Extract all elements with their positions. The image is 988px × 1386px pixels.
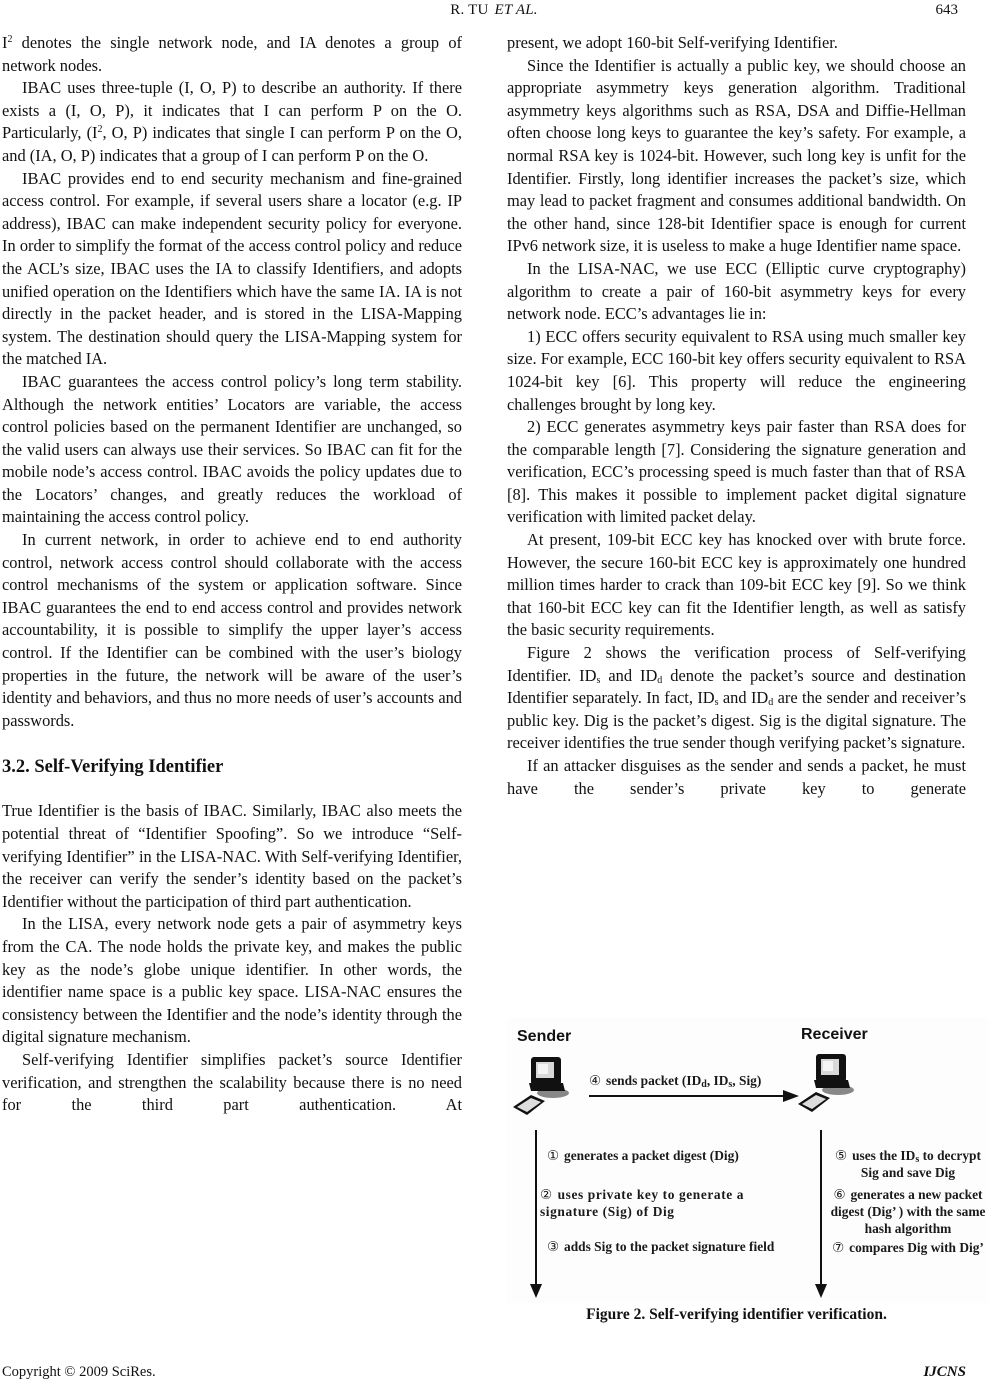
paragraph: In current network, in order to achieve … <box>2 529 462 732</box>
paragraph: In the LISA-NAC, we use ECC (Elliptic cu… <box>507 258 966 326</box>
receiver-timeline <box>820 1130 822 1285</box>
receiver-label: Receiver <box>801 1026 868 1044</box>
paragraph: IBAC guarantees the access control polic… <box>2 371 462 529</box>
figure-2-diagram: Sender Receiver ④sends packet (IDd, IDs,… <box>507 1018 988 1303</box>
receiver-step-7: ⑦compares Dig with Dig’ <box>827 1239 988 1256</box>
paragraph: At present, 109-bit ECC key has knocked … <box>507 529 966 642</box>
receiver-step-6: ⑥generates a new packet digest (Dig’ ) w… <box>825 1186 988 1237</box>
sender-step-1: ①generates a packet digest (Dig) <box>547 1147 797 1164</box>
paragraph: Figure 2 shows the verification process … <box>507 642 966 755</box>
arrow-down-icon <box>815 1284 827 1298</box>
sender-step-3: ③adds Sig to the packet signature field <box>547 1238 807 1255</box>
right-column: present, we adopt 160-bit Self-verifying… <box>507 32 966 800</box>
section-heading: 3.2. Self-Verifying Identifier <box>2 756 462 778</box>
copyright-notice: Copyright © 2009 SciRes. <box>2 1364 156 1381</box>
et-al: ET AL. <box>495 2 538 18</box>
paragraph: IBAC provides end to end security mechan… <box>2 168 462 371</box>
paragraph: 1) ECC offers security equivalent to RSA… <box>507 326 966 416</box>
receiver-step-5: ⑤uses the IDs to decrypt Sig and save Di… <box>827 1147 988 1181</box>
arrow-down-icon <box>530 1284 542 1298</box>
running-header: R. TUET AL. 643 <box>0 0 988 22</box>
figure-caption: Figure 2. Self-verifying identifier veri… <box>507 1306 966 1324</box>
paragraph: IBAC uses three-tuple (I, O, P) to descr… <box>2 77 462 167</box>
sender-timeline <box>535 1130 537 1285</box>
paragraph: Since the Identifier is actually a publi… <box>507 55 966 258</box>
paragraph: If an attacker disguises as the sender a… <box>507 755 966 800</box>
running-head-authors: R. TUET AL. <box>0 2 988 19</box>
sender-step-2: ②uses private key to generate a signatur… <box>540 1186 765 1220</box>
receiver-computer-icon <box>794 1050 860 1114</box>
journal-abbrev: IJCNS <box>923 1364 966 1381</box>
author-name: R. TU <box>450 2 488 18</box>
paragraph: True Identifier is the basis of IBAC. Si… <box>2 800 462 913</box>
paragraph: present, we adopt 160-bit Self-verifying… <box>507 32 966 55</box>
paragraph: In the LISA, every network node gets a p… <box>2 913 462 1049</box>
paragraph: 2) ECC generates asymmetry keys pair fas… <box>507 416 966 529</box>
paragraph: Self-verifying Identifier simplifies pac… <box>2 1049 462 1117</box>
sender-computer-icon <box>509 1053 575 1117</box>
send-packet-label: ④sends packet (IDd, IDs, Sig) <box>589 1072 761 1089</box>
sender-label: Sender <box>517 1028 571 1046</box>
paragraph: I2 denotes the single network node, and … <box>2 32 462 77</box>
page-number: 643 <box>936 2 959 19</box>
arrow-right-icon <box>783 1090 799 1102</box>
left-column: I2 denotes the single network node, and … <box>2 32 462 1117</box>
send-packet-arrow-line <box>589 1095 785 1097</box>
